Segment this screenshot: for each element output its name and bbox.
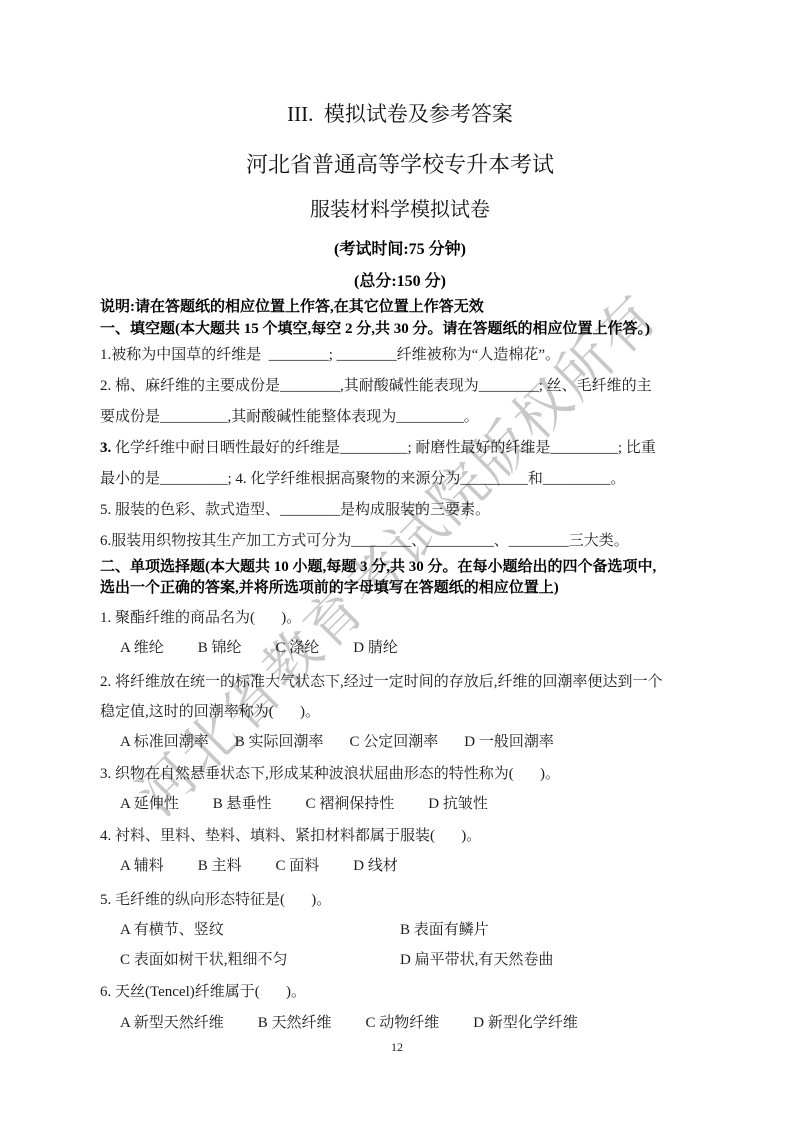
mc-option: B 主料 <box>198 851 242 881</box>
mc-option: C 表面如树干状,粗细不匀 <box>120 945 366 975</box>
mc-option: A 新型天然纤维 <box>120 1007 224 1039</box>
page-content: III. 模拟试卷及参考答案 河北省普通高等学校专升本考试 服装材料学模拟试卷 … <box>100 100 700 1039</box>
fill-line-text: 要成份是_________,其耐酸碱性能整体表现为_________。 <box>100 409 479 425</box>
mc-option: A 有横节、竖纹 <box>120 915 366 945</box>
fill-question-line: 最小的是_________; 4. 化学纤维根据高聚物的来源分为________… <box>100 464 700 495</box>
chapter-title: III. 模拟试卷及参考答案 <box>100 100 700 128</box>
mc-option: B 锦纶 <box>198 633 242 663</box>
mc-option: C 面料 <box>276 851 320 881</box>
exam-name-title: 河北省普通高等学校专升本考试 <box>100 150 700 180</box>
mc-option-row: A 延伸性 B 悬垂性 C 褶裥保持性 D 抗皱性 <box>100 789 700 819</box>
fill-line-text: 最小的是_________; 4. 化学纤维根据高聚物的来源分为________… <box>100 471 625 487</box>
paper-subject-title: 服装材料学模拟试卷 <box>100 196 700 224</box>
mc-option-row: A 辅料 B 主料 C 面料 D 线材 <box>100 851 700 881</box>
mc-option: C 公定回潮率 <box>350 727 439 757</box>
fill-question-line: 5. 服装的色彩、款式造型、________是构成服装的三要素。 <box>100 495 700 526</box>
mc-option-row: A 新型天然纤维 B 天然纤维 C 动物纤维 D 新型化学纤维 <box>100 1007 700 1039</box>
fill-question-line: 2. 棉、麻纤维的主要成份是________,其耐酸碱性能表现为________… <box>100 371 700 402</box>
mc-option: C 褶裥保持性 <box>306 789 395 819</box>
mc-section-heading-line1: 二、单项选择题(本大题共 10 小题,每题 3 分,共 30 分。在每小题给出的… <box>100 557 700 578</box>
mc-question-stem: 1. 聚酯纤维的商品名为( )。 <box>100 603 700 633</box>
answer-instructions: 说明:请在答题纸的相应位置上作答,在其它位置上作答无效 <box>100 296 700 318</box>
exam-paper-page: 河北省教育考试院版权所有 III. 模拟试卷及参考答案 河北省普通高等学校专升本… <box>0 0 794 1123</box>
mc-option: B 悬垂性 <box>213 789 272 819</box>
fill-question-line: 3. 化学纤维中耐日晒性最好的纤维是_________; 耐磨性最好的纤维是__… <box>100 433 700 464</box>
mc-option: D 腈纶 <box>353 633 398 663</box>
mc-option: C 涤纶 <box>276 633 320 663</box>
mc-question-stem: 4. 衬料、里料、垫料、填料、紧扣材料都属于服装( )。 <box>100 821 700 851</box>
fill-line-text: 2. 棉、麻纤维的主要成份是________,其耐酸碱性能表现为________… <box>100 378 652 394</box>
mc-section-heading-line2: 选出一个正确的答案,并将所选项前的字母填写在答题纸的相应位置上) <box>100 578 700 599</box>
mc-option-row: A 有横节、竖纹 B 表面有鳞片 <box>100 915 700 945</box>
mc-option: A 延伸性 <box>120 789 179 819</box>
fill-line-prefix: 3. <box>100 440 111 456</box>
fill-question-line: 要成份是_________,其耐酸碱性能整体表现为_________。 <box>100 402 700 433</box>
total-score: (总分:150 分) <box>100 270 700 294</box>
exam-time: (考试时间:75 分钟) <box>100 238 700 262</box>
fill-question-line: 1.被称为中国草的纤维是 ________; ________纤维被称为“人造棉… <box>100 340 700 371</box>
mc-question-stem-continuation: 稳定值,这时的回潮率称为( )。 <box>100 697 700 727</box>
mc-option-row: A 维纶 B 锦纶 C 涤纶 D 腈纶 <box>100 633 700 663</box>
fill-line-text: 化学纤维中耐日晒性最好的纤维是_________; 耐磨性最好的纤维是_____… <box>111 440 656 456</box>
mc-option: A 辅料 <box>120 851 164 881</box>
mc-option: D 一般回潮率 <box>464 727 554 757</box>
mc-option: A 标准回潮率 <box>120 727 209 757</box>
mc-question-stem: 5. 毛纤维的纵向形态特征是( )。 <box>100 885 700 915</box>
mc-option: D 新型化学纤维 <box>473 1007 578 1039</box>
mc-option-row: A 标准回潮率 B 实际回潮率 C 公定回潮率 D 一般回潮率 <box>100 727 700 757</box>
mc-option: B 天然纤维 <box>258 1007 332 1039</box>
mc-option: D 抗皱性 <box>428 789 488 819</box>
mc-option: C 动物纤维 <box>366 1007 440 1039</box>
page-number: 12 <box>0 1040 794 1055</box>
fill-line-text: 6.服装用织物按其生产加工方式可分为________、_________、___… <box>100 533 629 549</box>
mc-option: D 线材 <box>353 851 398 881</box>
fill-question-line: 6.服装用织物按其生产加工方式可分为________、_________、___… <box>100 526 700 557</box>
mc-option: A 维纶 <box>120 633 164 663</box>
mc-question-stem: 3. 织物在自然悬垂状态下,形成某种波浪状屈曲形态的特性称为( )。 <box>100 759 700 789</box>
fill-section-heading: 一、填空题(本大题共 15 个填空,每空 2 分,共 30 分。请在答题纸的相应… <box>100 318 700 340</box>
mc-option: D 扁平带状,有天然卷曲 <box>400 945 553 975</box>
fill-line-text: 5. 服装的色彩、款式造型、________是构成服装的三要素。 <box>100 502 490 518</box>
fill-line-text: 1.被称为中国草的纤维是 ________; ________纤维被称为“人造棉… <box>100 347 560 363</box>
mc-question-stem: 6. 天丝(Tencel)纤维属于( )。 <box>100 977 700 1007</box>
mc-question-stem: 2. 将纤维放在统一的标准大气状态下,经过一定时间的存放后,纤维的回潮率便达到一… <box>100 667 700 697</box>
mc-option-row: C 表面如树干状,粗细不匀 D 扁平带状,有天然卷曲 <box>100 945 700 975</box>
mc-option: B 实际回潮率 <box>235 727 324 757</box>
mc-option: B 表面有鳞片 <box>400 915 489 945</box>
